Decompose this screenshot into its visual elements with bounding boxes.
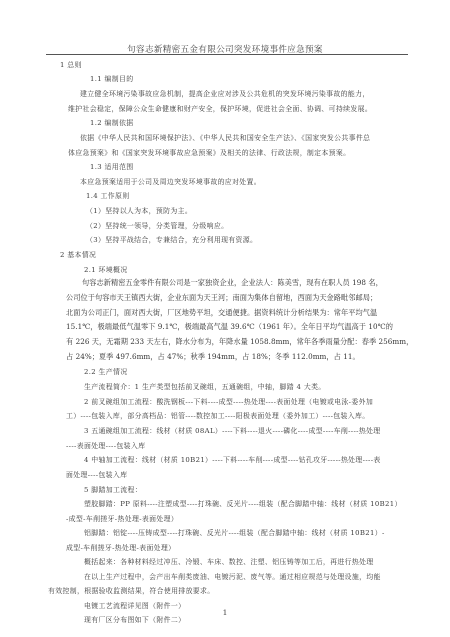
body-text-line: 维护社会稳定，保障公众生命健康和财产安全，保护环境，促进社会全面、协调、可持续发… — [68, 103, 372, 113]
body-text-line: -成型-车削搓牙-热处理-表面处理） — [66, 513, 178, 523]
body-text-line: 句容志新精密五金零件有限公司是一家独资企业，企业法人：陈美雪，现有在职人员 19… — [82, 278, 383, 288]
body-text-line: 本应急预案适用于公司及周边突发环境事故的应对处置。 — [80, 176, 261, 186]
page-number: 1 — [0, 608, 450, 617]
body-text-line: 1.1 编制目的 — [90, 73, 134, 83]
body-text-line: 2.1 环境概况 — [84, 264, 128, 274]
body-text-line: 3 五通碗组加工流程：线材（材质 08AL）----下料----退火----磷化… — [84, 425, 381, 435]
body-text-line: 生产流程简介：1 生产类型包括前叉碗组，五通碗组，中轴，脚踏 4 大类。 — [84, 381, 326, 391]
body-text-line: 5 脚踏加工流程： — [84, 484, 142, 494]
body-text-line: 有效控制，根据验收监测结果，符合使用排放要求。 — [48, 585, 215, 595]
body-text-line: 建立健全环境污染事故应急机制，提高企业应对涉及公共危机的突发环境污染事故的能力， — [80, 88, 370, 98]
body-text-line: 在以上生产过程中，会产出车削类废油、电镀污泥、废气等。通过相应规范与处理设施，均… — [84, 571, 381, 581]
body-text-line: 面处理----包装入库 — [66, 469, 127, 479]
body-text-line: （3）坚持平战结合，专兼结合，充分利用现有资源。 — [86, 234, 257, 244]
body-text-line: 体应急预案》和《国家突发环境事故应急预案》及相关的法律、行政法规，制定本预案。 — [68, 147, 350, 157]
body-text-line: 1.3 适用范围 — [90, 161, 134, 171]
body-text-line: 2 前叉碗组加工流程：酸洗钢板---下料----成型----热处理----表面处… — [84, 396, 373, 406]
body-text-line: ----表面处理----包装入库 — [66, 440, 145, 450]
document-page: 句容志新精密五金有限公司突发环境事件应急预案 1 总则1.1 编制目的建立健全环… — [0, 0, 450, 637]
body-text-line: 有 226 天，无霜期 233 天左右，降水分布为，年降水量 1058.8mm，… — [66, 337, 413, 347]
body-text-line: 成型-车削搓牙-热处理-表面处理） — [66, 542, 175, 552]
body-text-line: 占 24%；夏季 497.6mm，占 47%；秋季 194mm，占 18%；冬季… — [66, 352, 360, 362]
body-text-line: 铝脚踏：铝锭----压铸成型----打珠碗、反光片----组装（配合脚踏中轴：线… — [84, 527, 385, 537]
body-text-line: 1.4 工作原则 — [86, 190, 130, 200]
header-divider — [46, 54, 408, 55]
body-text-line: 4 中轴加工流程：线材（材质 10B21）----下料----车削----成型-… — [84, 454, 381, 464]
body-text-line: 1.2 编制依据 — [90, 117, 134, 127]
body-text-line: 塑胶脚踏：PP 原料----注塑成型----打珠碗、反光片----组装（配合脚踏… — [84, 498, 402, 508]
body-text-line: 概括起来：各种材料经过冲压、冷锻、车床、数控、注塑、铝压铸等加工后，再进行热处理 — [84, 556, 374, 566]
body-text-line: （2）坚持统一领导，分类管理，分级响应。 — [86, 220, 228, 230]
body-text-line: 工）----包装入库，部分高档品：铝管----数控加工----阳极表面处理（委外… — [66, 410, 370, 420]
body-text-line: 依据《中华人民共和国环境保护法》、《中华人民共和国安全生产法》、《国家突发公共事… — [80, 132, 370, 142]
body-text-line: 15.1℃，极端最低气温零下 9.1℃，极端最高气温 39.6℃（1961 年）… — [66, 322, 393, 332]
body-text-line: 2.2 生产情况 — [84, 366, 128, 376]
body-text-line: 2 基本情况 — [60, 249, 96, 259]
body-text-line: （1）坚持以人为本，预防为主。 — [86, 205, 192, 215]
body-text-line: 公司位于句容市天王镇西大街，企业东面为天王河；南面为集体自留地，西面为天金路毗邻… — [66, 293, 377, 303]
body-text-line: 1 总则 — [60, 59, 82, 69]
body-text-line: 北面为公司正门，面对西大街，厂区地势平坦，交通便捷。据资料统计分析结果为：常年平… — [66, 308, 377, 318]
